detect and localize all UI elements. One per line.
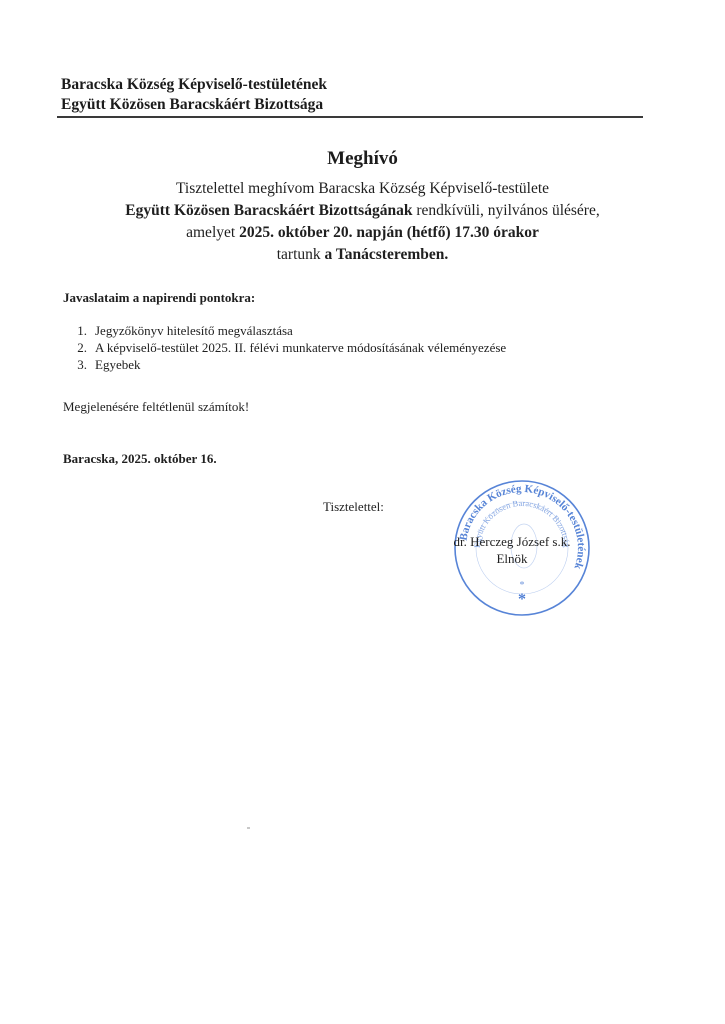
header-divider: [57, 116, 643, 118]
agenda-item-text: A képviselő-testület 2025. II. félévi mu…: [95, 339, 506, 356]
document-page: Baracska Község Képviselő-testületének E…: [0, 0, 725, 1024]
agenda-item-number: 1.: [63, 322, 95, 339]
agenda-item: 3. Egyebek: [63, 356, 506, 373]
signer-role: Elnök: [432, 550, 592, 567]
intro-line-3-pre: amelyet: [186, 224, 239, 241]
closing-sentence: Megjelenésére feltétlenül számítok!: [63, 399, 249, 415]
meeting-datetime: 2025. október 20. napján (hétfő) 17.30 ó…: [239, 224, 539, 241]
organization-header: Baracska Község Képviselő-testületének E…: [61, 75, 327, 115]
document-title: Meghívó: [0, 148, 725, 170]
signer-name: dr. Herczeg József s.k.: [432, 533, 592, 550]
scan-artifact: [247, 827, 250, 829]
intro-line-4-pre: tartunk: [277, 246, 325, 263]
agenda-item-text: Egyebek: [95, 356, 140, 373]
intro-line-2: Együtt Közösen Baracskáért Bizottságának…: [60, 200, 665, 222]
organization-name: Baracska Község Képviselő-testületének: [61, 75, 327, 95]
svg-text:*: *: [520, 580, 525, 591]
agenda-heading: Javaslataim a napirendi pontokra:: [63, 290, 255, 306]
invitation-text: Tisztelettel meghívom Baracska Község Ké…: [60, 178, 665, 266]
intro-line-4: tartunk a Tanácsteremben.: [60, 244, 665, 266]
agenda-list: 1. Jegyzőkönyv hitelesítő megválasztása …: [63, 322, 506, 373]
svg-text:*: *: [518, 591, 526, 608]
place-and-date: Baracska, 2025. október 16.: [63, 451, 217, 467]
intro-line-3: amelyet 2025. október 20. napján (hétfő)…: [60, 222, 665, 244]
agenda-item-number: 2.: [63, 339, 95, 356]
intro-line-2-rest: rendkívüli, nyilvános ülésére,: [412, 202, 599, 219]
meeting-location: a Tanácsteremben.: [325, 246, 449, 263]
committee-name-bold: Együtt Közösen Baracskáért Bizottságának: [125, 202, 412, 219]
agenda-item-text: Jegyzőkönyv hitelesítő megválasztása: [95, 322, 293, 339]
agenda-item: 2. A képviselő-testület 2025. II. félévi…: [63, 339, 506, 356]
committee-name: Együtt Közösen Baracskáért Bizottsága: [61, 95, 327, 115]
regards-label: Tisztelettel:: [323, 499, 384, 515]
signature-block: dr. Herczeg József s.k. Elnök: [432, 533, 592, 567]
intro-line-1: Tisztelettel meghívom Baracska Község Ké…: [60, 178, 665, 200]
agenda-item: 1. Jegyzőkönyv hitelesítő megválasztása: [63, 322, 506, 339]
agenda-item-number: 3.: [63, 356, 95, 373]
